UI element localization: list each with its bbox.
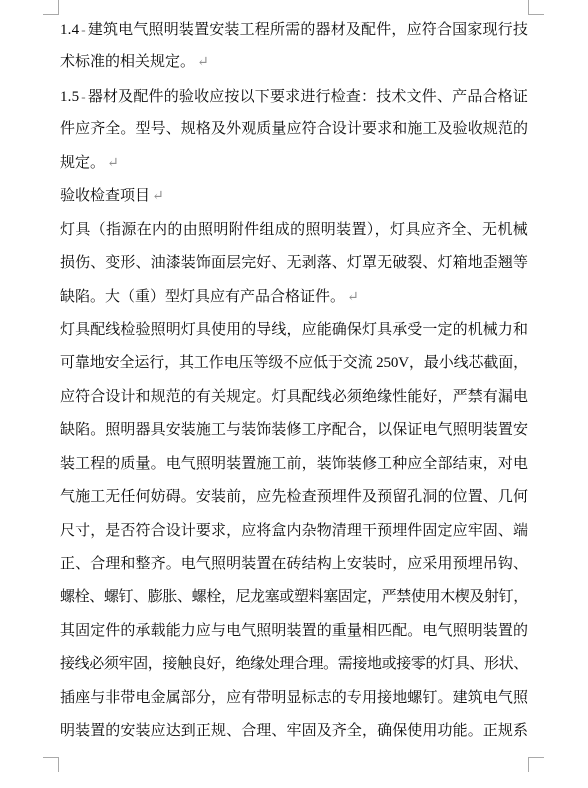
space-mark-icon: - [79, 89, 88, 104]
text-run: 可靠地安全运行，其工作电压等级不应低于交流 250V，最小线芯截面， [60, 355, 528, 371]
text-line: 1.4-建筑电气照明装置安装工程所需的器材及配件，应符合国家现行技 [60, 13, 528, 46]
text-run: 灯具配线检验照明灯具使用的导线，应能确保灯具承受一定的机械力和 [60, 322, 528, 338]
text-line: 缺陷。大（重）型灯具应有产品合格证件。↵ [60, 281, 528, 314]
text-run: 器材及配件的验收应按以下要求进行检查：技术文件、产品合格证 [88, 89, 528, 105]
text-boundary-mark-bottom-left [43, 757, 59, 772]
document-page: 1.4-建筑电气照明装置安装工程所需的器材及配件，应符合国家现行技术标准的相关规… [0, 0, 588, 788]
text-run: 明装置的安装应达到正规、合理、牢固及齐全，确保使用功能。正规系 [60, 723, 528, 739]
text-run: 插座与非带电金属部分，应有带明显标志的专用接地螺钉。建筑电气照 [60, 690, 528, 706]
text-line: 术标准的相关规定。↵ [60, 46, 528, 79]
paragraph-mark-icon: ↵ [345, 290, 359, 305]
text-run: 1.5 [60, 89, 79, 105]
paragraph-mark-icon: ↵ [105, 156, 119, 171]
text-line: 损伤、变形、油漆装饰面层完好、无剥落、灯罩无破裂、灯箱地歪翘等 [60, 247, 528, 280]
text-line: 规定。↵ [60, 147, 528, 180]
space-mark-icon: - [79, 22, 88, 37]
text-run: 缺陷。照明器具安装施工与装饰装修工序配合，以保证电气照明装置安 [60, 422, 528, 438]
text-run: 其固定件的承载能力应与电气照明装置的重量相匹配。电气照明装置的 [60, 623, 528, 639]
text-line: 灯具（指源在内的由照明附件组成的照明装置），灯具应齐全、无机械 [60, 214, 528, 247]
text-run: 尺寸，是否符合设计要求，应将盒内杂物清理干预埋件固定应牢固、端 [60, 523, 528, 539]
paragraph-mark-icon: ↵ [195, 55, 209, 70]
text-run: 正、合理和整齐。电气照明装置在砖结构上安装时，应采用预埋吊钩、 [60, 556, 528, 572]
text-run: 接线必须牢固，接触良好，绝缘处理合理。需接地或接零的灯具、形状、 [60, 656, 528, 672]
text-run: 件应齐全。型号、规格及外观质量应符合设计要求和施工及验收规范的 [60, 121, 528, 137]
text-run: 建筑电气照明装置安装工程所需的器材及配件，应符合国家现行技 [88, 22, 528, 38]
text-boundary-mark-top-right [528, 0, 544, 15]
paragraph-mark-icon: ↵ [150, 189, 164, 204]
text-line: 灯具配线检验照明灯具使用的导线，应能确保灯具承受一定的机械力和 [60, 314, 528, 347]
text-line: 插座与非带电金属部分，应有带明显标志的专用接地螺钉。建筑电气照 [60, 682, 528, 715]
text-boundary-mark-top-left [43, 0, 59, 15]
text-run: 1.4 [60, 22, 79, 38]
text-line: 尺寸，是否符合设计要求，应将盒内杂物清理干预埋件固定应牢固、端 [60, 515, 528, 548]
text-run: 损伤、变形、油漆装饰面层完好、无剥落、灯罩无破裂、灯箱地歪翘等 [60, 255, 528, 271]
text-line: 应符合设计和规范的有关规定。灯具配线必须绝缘性能好，严禁有漏电 [60, 381, 528, 414]
text-run: 术标准的相关规定。 [60, 54, 195, 70]
text-line: 明装置的安装应达到正规、合理、牢固及齐全，确保使用功能。正规系 [60, 715, 528, 748]
text-run: 装工程的质量。电气照明装置施工前，装饰装修工种应全部结束，对电 [60, 456, 528, 472]
text-run: 缺陷。大（重）型灯具应有产品合格证件。 [60, 289, 345, 305]
document-text: 1.4-建筑电气照明装置安装工程所需的器材及配件，应符合国家现行技术标准的相关规… [60, 13, 528, 749]
text-boundary-mark-bottom-right [528, 757, 544, 772]
text-line: 接线必须牢固，接触良好，绝缘处理合理。需接地或接零的灯具、形状、 [60, 648, 528, 681]
text-line: 验收检查项目↵ [60, 180, 528, 213]
text-line: 其固定件的承载能力应与电气照明装置的重量相匹配。电气照明装置的 [60, 615, 528, 648]
text-line: 可靠地安全运行，其工作电压等级不应低于交流 250V，最小线芯截面， [60, 347, 528, 380]
text-line: 正、合理和整齐。电气照明装置在砖结构上安装时，应采用预埋吊钩、 [60, 548, 528, 581]
text-line: 气施工无任何妨碍。安装前，应先检查预埋件及预留孔洞的位置、几何 [60, 481, 528, 514]
text-line: 螺栓、螺钉、膨胀、螺栓，尼龙塞或塑料塞固定，严禁使用木楔及射钉， [60, 581, 528, 614]
text-run: 规定。 [60, 155, 105, 171]
text-line: 装工程的质量。电气照明装置施工前，装饰装修工种应全部结束，对电 [60, 448, 528, 481]
text-line: 件应齐全。型号、规格及外观质量应符合设计要求和施工及验收规范的 [60, 113, 528, 146]
text-run: 应符合设计和规范的有关规定。灯具配线必须绝缘性能好，严禁有漏电 [60, 389, 528, 405]
text-run: 灯具（指源在内的由照明附件组成的照明装置），灯具应齐全、无机械 [60, 222, 528, 238]
text-line: 1.5-器材及配件的验收应按以下要求进行检查：技术文件、产品合格证 [60, 80, 528, 113]
text-run: 气施工无任何妨碍。安装前，应先检查预埋件及预留孔洞的位置、几何 [60, 489, 528, 505]
text-run: 验收检查项目 [60, 188, 150, 204]
text-run: 螺栓、螺钉、膨胀、螺栓，尼龙塞或塑料塞固定，严禁使用木楔及射钉， [60, 589, 528, 605]
text-line: 缺陷。照明器具安装施工与装饰装修工序配合，以保证电气照明装置安 [60, 414, 528, 447]
